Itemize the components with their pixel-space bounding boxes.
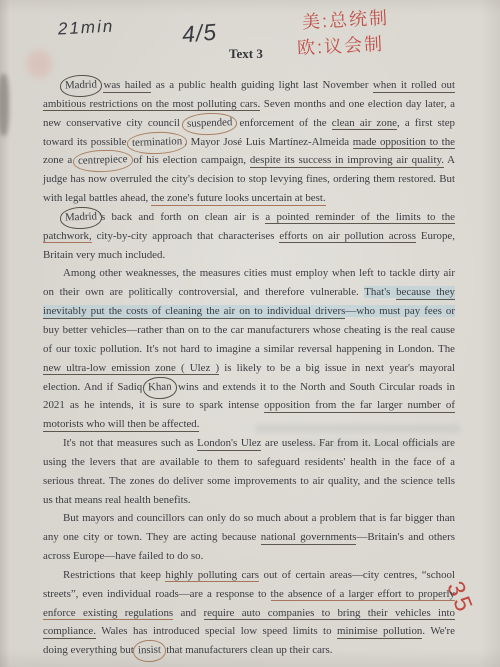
text-segment: us that means real health benefits.: [43, 494, 191, 506]
underlined-text: enforce existing regulations: [43, 607, 173, 621]
text-segment: Seven months and one election day later,…: [260, 98, 455, 110]
underlined-text: motorists who will then be affected.: [43, 418, 199, 432]
underlined-text: London's Ulez: [197, 437, 261, 451]
circled-word: Madrid: [60, 206, 103, 229]
text-segment: buy better vehicles—rather than on to th…: [43, 324, 455, 336]
underlined-text: the absence of a larger effort to proper…: [271, 588, 455, 602]
text-line: new ultra-low emission zone ( Ulez ) is …: [43, 359, 455, 378]
text-line: new conservative city council suspended …: [43, 114, 455, 133]
text-segment: Europe,: [416, 230, 455, 242]
text-segment: streets”, even individual roads—are a re…: [43, 588, 271, 600]
text-segment: Restrictions that keep: [63, 569, 165, 581]
page-title: Text 3: [229, 46, 263, 62]
underlined-text: minimise pollution: [337, 625, 422, 639]
underlined-text: the zone's future looks uncertain at bes…: [151, 192, 326, 206]
text-segment: out of certain areas—city centres, “scho…: [259, 569, 455, 581]
underlined-text: patchwork,: [43, 230, 92, 244]
text-line: doing everything but insist that manufac…: [43, 641, 455, 660]
text-line: It's not that measures such as London's …: [43, 434, 455, 453]
text-line: judge has now overruled the city's decis…: [43, 170, 455, 189]
text-line: with legal battles ahead, the zone's fut…: [43, 189, 455, 208]
paragraph: Madrid's back and forth on clean air is …: [43, 208, 455, 265]
text-line: But mayors and councillors can only do s…: [43, 509, 455, 528]
text-segment: Wales has introduced special low speed l…: [96, 625, 337, 637]
text-line: Britain very much included.: [43, 246, 455, 265]
text-segment: using the levers that are available to t…: [43, 456, 455, 468]
underlined-text: ambitious restrictions on the most pollu…: [43, 98, 260, 112]
underlined-text: require auto companies to bring their ve…: [204, 607, 455, 621]
text-segment: It's not that measures such as: [63, 437, 197, 449]
highlighted-text: —who must pay fees or: [345, 305, 455, 317]
text-line: using the levers that are available to t…: [43, 453, 455, 472]
text-segment: are useless. Far from it. Local official…: [261, 437, 455, 449]
text-segment: , a first step: [397, 117, 455, 129]
scan-smudge-pink: [27, 50, 51, 78]
underlined-text: was hailed: [103, 79, 151, 93]
paragraph: Among other weaknesses, the measures cit…: [43, 264, 455, 434]
text-line: Among other weaknesses, the measures cit…: [43, 264, 455, 283]
paragraph: Restrictions that keep highly polluting …: [43, 566, 455, 660]
text-segment: A: [444, 154, 455, 166]
text-segment: But mayors and councillors can only do s…: [63, 512, 455, 524]
circled-word: insist: [133, 640, 167, 663]
text-segment: . Mayor José Luis Martínez-Almeida: [184, 136, 352, 148]
text-line: Madrid was hailed as a public health gui…: [43, 76, 455, 95]
text-segment: 's back and forth on clean air is: [99, 211, 265, 223]
paragraph: It's not that measures such as London's …: [43, 434, 455, 509]
underlined-text: despite its success in improving air qua…: [250, 154, 444, 168]
underlined-text: when it rolled out: [373, 79, 455, 93]
text-segment: across Europe—have failed to do so.: [43, 550, 203, 562]
text-line: streets”, even individual roads—are a re…: [43, 585, 455, 604]
circled-word: suspended: [182, 112, 238, 136]
text-segment: doing everything but: [43, 644, 136, 656]
text-line: patchwork, city-by-city approach that ch…: [43, 227, 455, 246]
scan-smudge: [0, 74, 9, 136]
underlined-text: a pointed reminder of the limits to the: [265, 211, 455, 225]
highlighted-underlined-text: because they: [396, 286, 455, 300]
text-segment: —Britain's and others: [356, 531, 455, 543]
text-segment: serious threat. The zones do deliver som…: [43, 475, 455, 487]
text-segment: zone a: [43, 154, 76, 166]
underlined-text: made opposition to the: [353, 136, 455, 150]
text-line: of our toxic pollution. It's not hard to…: [43, 340, 455, 359]
text-line: buy better vehicles—rather than on to th…: [43, 321, 455, 340]
text-segment: as a public health guiding light last No…: [151, 79, 373, 91]
underlined-text: new ultra-low emission zone ( Ulez ): [43, 362, 219, 376]
text-segment: on their own are politically controversi…: [43, 286, 364, 298]
underlined-text: compliance.: [43, 625, 96, 639]
text-line: toward its possible termination. Mayor J…: [43, 133, 455, 152]
text-segment: . We're: [422, 625, 455, 637]
text-segment: city-by-city approach that characterises: [92, 230, 280, 242]
underlined-text: efforts on air pollution across: [279, 230, 416, 244]
text-segment: and: [173, 607, 203, 619]
text-segment: enforcement of the: [234, 117, 331, 129]
text-segment: new conservative city council: [43, 117, 185, 129]
underlined-text: clean air zone: [332, 117, 397, 131]
text-segment: Among other weaknesses, the measures cit…: [63, 267, 455, 279]
text-segment: with legal battles ahead,: [43, 192, 151, 204]
paragraph: But mayors and councillors can only do s…: [43, 509, 455, 566]
text-line: across Europe—have failed to do so.: [43, 547, 455, 566]
text-line: us that means real health benefits.: [43, 491, 455, 510]
text-line: Madrid's back and forth on clean air is …: [43, 208, 455, 227]
text-line: election. And if Sadiq Khan wins and ext…: [43, 378, 455, 397]
text-line: motorists who will then be affected.: [43, 415, 455, 434]
text-line: Restrictions that keep highly polluting …: [43, 566, 455, 585]
underlined-text: highly polluting cars: [165, 569, 259, 583]
passage-body: Madrid was hailed as a public health gui…: [43, 76, 455, 660]
text-line: inevitably put the costs of cleaning the…: [43, 302, 455, 321]
underlined-text: opposition from the far larger number of: [264, 399, 455, 413]
handwritten-score-note: 4/5: [181, 19, 218, 49]
text-segment: 2021 as he intends, it is sure to spark …: [43, 399, 264, 411]
text-line: enforce existing regulations and require…: [43, 604, 455, 623]
text-line: on their own are politically controversi…: [43, 283, 455, 302]
text-line: zone a centrepiece of his election campa…: [43, 151, 455, 170]
highlighted-underlined-text: inevitably put the costs of cleaning the…: [43, 305, 345, 319]
text-segment: judge has now overruled the city's decis…: [43, 173, 455, 185]
text-segment: that manufacturers clean up their cars.: [163, 644, 332, 656]
text-segment: any one city or town. They are acting be…: [43, 531, 261, 543]
text-segment: of our toxic pollution. It's not hard to…: [43, 343, 455, 355]
text-segment: of his election campaign,: [130, 154, 250, 166]
text-segment: toward its possible: [43, 136, 130, 148]
text-line: ambitious restrictions on the most pollu…: [43, 95, 455, 114]
text-line: 2021 as he intends, it is sure to spark …: [43, 396, 455, 415]
text-segment: wins and extends it to the North and Sou…: [174, 381, 455, 393]
paragraph: Madrid was hailed as a public health gui…: [43, 76, 455, 208]
circled-word: Khan: [143, 376, 177, 399]
text-line: compliance. Wales has introduced special…: [43, 622, 455, 641]
handwritten-red-note-2: 欧:议会制: [296, 30, 384, 61]
text-segment: election. And if Sadiq: [43, 381, 146, 393]
text-line: any one city or town. They are acting be…: [43, 528, 455, 547]
text-segment: is likely to be a big issue in next year…: [219, 362, 455, 374]
highlighted-text: That's: [364, 286, 396, 298]
text-segment: Britain very much included.: [43, 249, 165, 261]
scanned-exam-page: { "handwriting": { "time_note": "21min",…: [0, 0, 500, 667]
text-line: serious threat. The zones do deliver som…: [43, 472, 455, 491]
handwritten-time-note: 21min: [58, 17, 115, 40]
underlined-text: national governments: [261, 531, 357, 545]
